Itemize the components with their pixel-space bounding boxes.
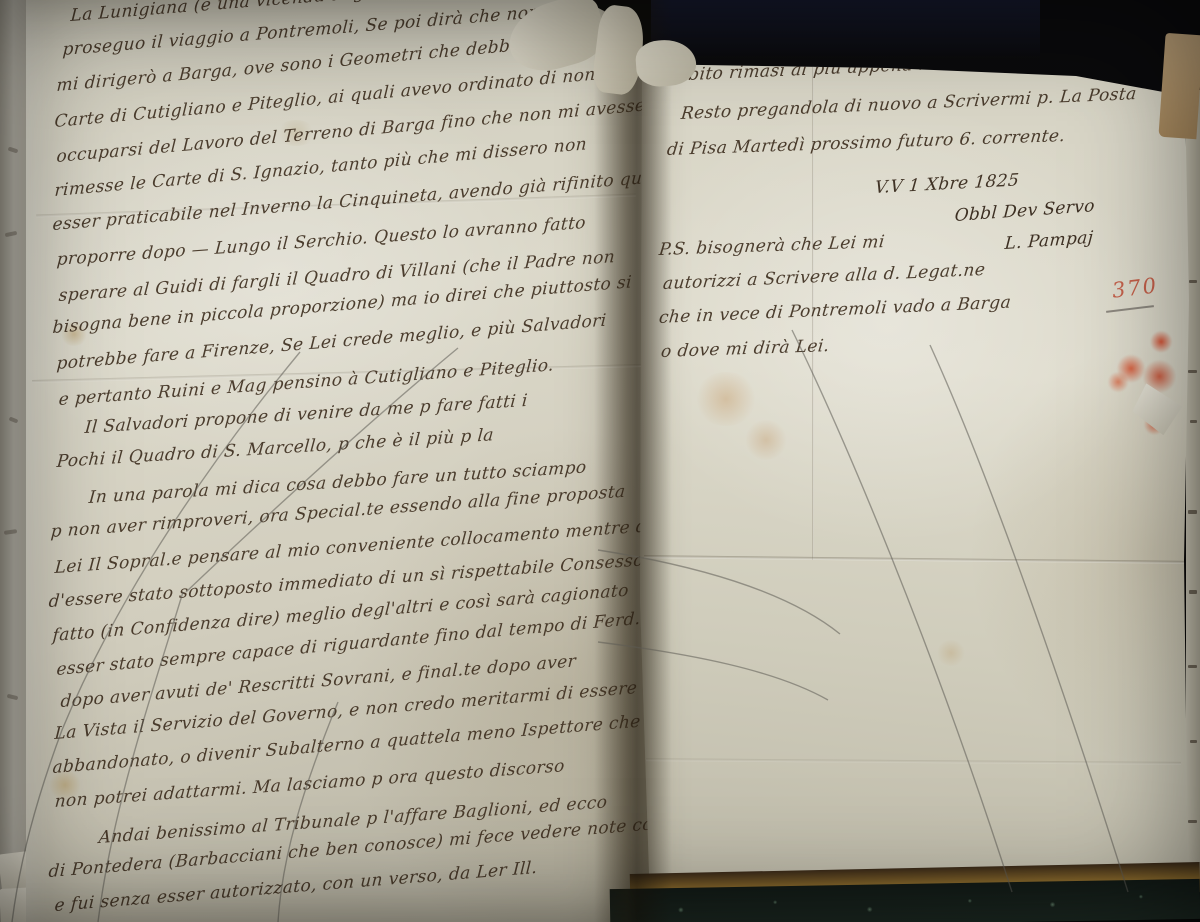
paper-stain [744, 420, 788, 460]
signature-line: Obbl Dev Servo [954, 196, 1096, 226]
stack-ink-mark [8, 147, 19, 154]
paper-stain [936, 640, 966, 666]
archive-page-number: 370 [1111, 273, 1160, 302]
paper-fragment [1158, 33, 1200, 139]
edge-ink-mark [1188, 820, 1197, 823]
edge-ink-mark [1188, 510, 1197, 514]
stack-ink-mark [4, 529, 17, 535]
edge-ink-mark [1189, 590, 1197, 594]
fore-edge-pages [1186, 90, 1200, 882]
stack-ink-mark [7, 694, 19, 701]
manuscript-line: Resto pregandola di nuovo a Scrivermi p.… [680, 84, 1138, 124]
manuscript-line: di Pisa Martedì prossimo futuro 6. corre… [666, 126, 1066, 160]
page-number-underline [1106, 305, 1154, 313]
edge-ink-mark [1188, 370, 1197, 373]
edge-ink-mark [1188, 665, 1197, 668]
edge-ink-mark [1190, 420, 1197, 423]
postscript-line: P.S. bisognerà che Lei mi [658, 232, 886, 260]
right-page: Mi maraviglio che il Pappi gli chieda L'… [636, 0, 1196, 922]
fold-crease [646, 758, 1181, 765]
edge-ink-mark [1189, 280, 1197, 283]
manuscript-photo: La Lunigiana (è una vicenda di giorni) a… [0, 0, 1200, 922]
dateline: V.V 1 Xbre 1825 [874, 170, 1020, 198]
edge-ink-mark [1190, 740, 1197, 743]
stack-ink-mark [9, 416, 19, 423]
signature-line: L. Pampaj [1004, 228, 1094, 254]
postscript-line: o dove mi dirà Lei. [660, 336, 831, 362]
fold-crease [644, 555, 1186, 564]
postscript-line: che in vece di Pontremoli vado a Barga [658, 293, 1012, 328]
paper-stain [694, 372, 758, 426]
stack-ink-mark [5, 231, 18, 237]
wax-seal-stain [1101, 326, 1187, 438]
left-page: La Lunigiana (è una vicenda di giorni) a… [26, 0, 650, 922]
postscript-line: autorizzi a Scrivere alla d. Legat.ne [662, 260, 986, 294]
